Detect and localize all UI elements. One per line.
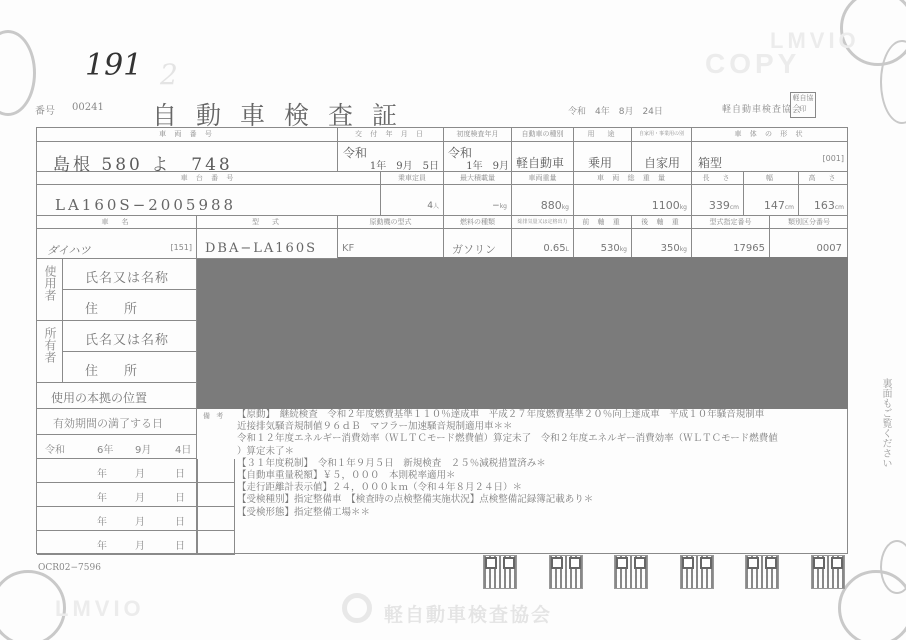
private-business: 自家用: [644, 154, 680, 171]
vehicle-weight-cell: 880kg: [512, 185, 574, 216]
base-location-label-cell: 使用の本拠の位置: [37, 383, 197, 409]
usage-cell: 乗用: [574, 142, 632, 172]
label-gross-weight: 車 両 総 重 量: [574, 172, 692, 185]
notes-label: 備 考: [203, 411, 225, 421]
label-type-approval: 型式指定番号: [692, 216, 770, 229]
length-unit: cm: [730, 204, 739, 211]
displacement-cell: 0.65L: [512, 229, 574, 259]
expiry-day: 4日: [175, 441, 191, 456]
model-cell: DBA−LA160S: [197, 229, 338, 259]
rear-axle: 350kg: [661, 243, 687, 254]
label-height: 高 さ: [799, 172, 848, 185]
expiry-date-row: 年月日: [37, 459, 197, 483]
private-business-cell: 自家用: [632, 142, 692, 172]
issuer-seal: 軽自協印: [790, 92, 816, 118]
expiry-era: 令和: [45, 441, 65, 456]
label-maker: 車 名: [37, 216, 197, 229]
user-label: 使用者: [42, 265, 59, 301]
expiry-label: 有効期間の満了する日: [53, 415, 163, 431]
owner-address-label: 住 所: [85, 360, 137, 379]
label-vehicle-class: 自動車の種別: [512, 128, 574, 142]
length-value: 339: [709, 199, 730, 212]
vehicle-class-cell: 軽自動車: [512, 142, 574, 172]
expiry-date-row: 令和6年9月4日: [37, 435, 197, 459]
type-approval: 17965: [733, 243, 765, 254]
width: 147cm: [764, 199, 794, 212]
maker-code: [151]: [170, 243, 192, 252]
type-approval-cell: 17965: [692, 229, 770, 259]
owner-name-label-cell: 氏名又は名称: [63, 321, 197, 352]
corner-ornament-bottom-right-2: [880, 540, 906, 594]
gross-weight-unit: kg: [680, 204, 687, 211]
note-line: 【受検種別】指定整備車 【検査時の点検整備実施状況】点検整備記録簿記載あり＊: [237, 494, 778, 506]
width-value: 147: [764, 199, 785, 212]
label-vehicle-weight: 車両重量: [512, 172, 574, 185]
fuel-cell: ガソリン: [444, 229, 512, 259]
vehicle-weight-value: 880: [541, 199, 562, 212]
fuel: ガソリン: [452, 241, 496, 257]
maker: ダイハツ: [47, 242, 91, 258]
max-load: −kg: [492, 201, 507, 211]
front-axle-cell: 530kg: [574, 229, 632, 259]
chassis-number-cell: LA160S−2005988: [37, 185, 381, 216]
body-shape: 箱型: [698, 154, 722, 171]
expiry-day: 日: [175, 489, 185, 504]
front-axle-unit: kg: [620, 246, 627, 253]
label-usage: 用 途: [574, 128, 632, 142]
redacted-top-strip: [338, 257, 848, 261]
length-cell: 339cm: [692, 185, 744, 216]
vehicle-class: 軽自動車: [516, 154, 564, 171]
chassis-number: LA160S−2005988: [55, 196, 236, 214]
expiry-year: 6年: [97, 441, 113, 456]
handwritten-faint: 2: [160, 58, 178, 91]
first-registration-cell: 令和 1年 9月: [444, 142, 512, 172]
note-line: ）算定未了＊: [237, 446, 778, 458]
user-section-label: 使用者: [37, 259, 63, 321]
notes-body: 【原動】 継続検査 令和２年度燃費基準１１０％達成車 平成２７年度燃費基準２０％…: [237, 409, 778, 519]
expiry-day: 日: [175, 465, 185, 480]
expiry-label-cell: 有効期間の満了する日: [37, 409, 197, 435]
qr-code-icon: [614, 555, 648, 589]
base-location-label: 使用の本拠の位置: [51, 389, 147, 406]
label-category-number: 類別区分番号: [770, 216, 848, 229]
label-capacity: 乗車定員: [381, 172, 444, 185]
category-number-cell: 0007: [770, 229, 848, 259]
qr-code-icon: [549, 555, 583, 589]
expiry-year: 年: [97, 513, 107, 528]
label-registration-number: 車 両 番 号: [37, 128, 338, 142]
length: 339cm: [709, 199, 739, 212]
first-registration-ym: 1年 9月: [466, 157, 509, 172]
height: 163cm: [814, 199, 844, 212]
owner-address-label-cell: 住 所: [63, 352, 197, 383]
vehicle-weight: 880kg: [541, 199, 569, 212]
user-name-label: 氏名又は名称: [85, 267, 169, 286]
rear-axle-unit: kg: [680, 246, 687, 253]
label-width: 幅: [744, 172, 799, 185]
expiry-year: 年: [97, 465, 107, 480]
usage: 乗用: [588, 154, 612, 171]
note-line: 【自動車重量税額】￥５，０００ 本則税率適用＊: [237, 470, 778, 482]
label-private-business: 自家用・事業用の別: [632, 128, 692, 142]
label-engine-model: 原動機の型式: [338, 216, 444, 229]
engine-model: KF: [342, 243, 354, 254]
note-line: 近接排気騒音規制値９６ｄＢ マフラー加速騒音規制適用車＊＊: [237, 421, 778, 433]
expiry-month: 月: [135, 465, 145, 480]
label-fuel: 燃料の種類: [444, 216, 512, 229]
displacement-unit: L: [566, 246, 569, 253]
gross-weight-value: 1100: [652, 199, 680, 212]
user-address-label: 住 所: [85, 298, 137, 317]
front-axle: 530kg: [601, 243, 627, 254]
expiry-month: 月: [135, 489, 145, 504]
max-load-cell: −kg: [444, 185, 512, 216]
height-value: 163: [814, 199, 835, 212]
label-rear-axle: 後 軸 重: [632, 216, 692, 229]
max-load-unit: kg: [500, 203, 507, 210]
qr-code-icon: [745, 555, 779, 589]
form-code: OCR02−7596: [38, 563, 101, 573]
expiry-date-row: 年月日: [37, 483, 197, 507]
label-length: 長 さ: [692, 172, 744, 185]
height-cell: 163cm: [799, 185, 848, 216]
user-address-label-cell: 住 所: [63, 290, 197, 321]
height-unit: cm: [835, 204, 844, 211]
label-chassis-number: 車 台 番 号: [37, 172, 381, 185]
body-shape-code: [001]: [822, 154, 844, 163]
expiry-date-row: 年月日: [37, 507, 197, 531]
note-line: 令和１２年度エネルギー消費効率（ＷＬＴＣモード燃費値）算定未了 令和２年度エネル…: [237, 433, 778, 445]
label-body-shape: 車 体 の 形 状: [692, 128, 848, 142]
front-axle-value: 530: [601, 243, 620, 254]
issue-date: 令和 4年 8月 24日: [568, 104, 663, 117]
gross-weight: 1100kg: [652, 199, 687, 212]
notes-area: 備 考 【原動】 継続検査 令和２年度燃費基準１１０％達成車 平成２７年度燃費基…: [197, 409, 848, 554]
issue-ymd: 1年 9月 5日: [370, 157, 439, 172]
user-name-label-cell: 氏名又は名称: [63, 259, 197, 290]
qr-code-icon: [483, 555, 517, 589]
displacement-value: 0.65: [543, 243, 565, 254]
label-front-axle: 前 軸 重: [574, 216, 632, 229]
note-line: 【走行距離計表示値】２４，０００ｋｍ（令和４年８月２４日）＊: [237, 482, 778, 494]
registration-number-cell: 島根 580 よ 748: [37, 142, 338, 172]
note-line: 【３１年度税制】 令和１年９月５日 新規検査 ２５％減税措置済み＊: [237, 458, 778, 470]
displacement: 0.65L: [543, 243, 569, 254]
qr-code-icon: [811, 555, 845, 589]
rear-axle-value: 350: [661, 243, 680, 254]
redacted-owner-info: [197, 259, 848, 409]
label-displacement: 総排気量又は定格出力: [512, 216, 574, 229]
expiry-month: 9月: [135, 441, 151, 456]
rear-axle-cell: 350kg: [632, 229, 692, 259]
watermark-bottom: LMVIO: [55, 596, 145, 622]
model: DBA−LA160S: [205, 241, 317, 256]
handwritten-number: 191: [85, 48, 142, 83]
label-max-load: 最大積載量: [444, 172, 512, 185]
expiry-day: 日: [175, 513, 185, 528]
issue-date-cell: 令和 1年 9月 5日: [338, 142, 444, 172]
label-model: 型 式: [197, 216, 338, 229]
category-number: 0007: [817, 243, 842, 254]
footer-logo-icon: [342, 593, 372, 623]
owner-section-label: 所有者: [37, 321, 63, 383]
expiry-year: 年: [97, 537, 107, 552]
watermark-top-2: COPY: [705, 48, 800, 80]
label-first-registration: 初度検査年月: [444, 128, 512, 142]
issue-era: 令和: [343, 144, 367, 161]
owner-label: 所有者: [42, 327, 59, 363]
capacity-unit: 人: [433, 203, 439, 210]
side-note: 裏面もご覧ください: [878, 378, 893, 468]
body-shape-cell: 箱型 [001]: [692, 142, 848, 172]
vehicle-weight-unit: kg: [562, 204, 569, 211]
expiry-year: 年: [97, 489, 107, 504]
label-issue-date: 交 付 年 月 日: [338, 128, 444, 142]
qr-code-icon: [680, 555, 714, 589]
note-line: 【受検形態】指定整備工場＊＊: [237, 507, 778, 519]
footer-logo-text: 軽自動車検査協会: [384, 600, 552, 627]
max-load-value: −: [492, 201, 500, 211]
gross-weight-cell: 1100kg: [574, 185, 692, 216]
expiry-month: 月: [135, 537, 145, 552]
capacity-cell: 4人: [381, 185, 444, 216]
engine-model-cell: KF: [338, 229, 444, 259]
maker-cell: ダイハツ [151]: [37, 229, 197, 259]
owner-name-label: 氏名又は名称: [85, 329, 169, 348]
serial-number: 00241: [72, 102, 104, 113]
expiry-month: 月: [135, 513, 145, 528]
expiry-day: 日: [175, 537, 185, 552]
serial-label: 番号: [35, 102, 55, 117]
note-line: 【原動】 継続検査 令和２年度燃費基準１１０％達成車 平成２７年度燃費基準２０％…: [237, 409, 778, 421]
width-unit: cm: [785, 204, 794, 211]
capacity: 4人: [427, 201, 439, 211]
corner-ornament-top-left: [0, 30, 36, 116]
expiry-date-row: 年月日: [37, 531, 197, 555]
width-cell: 147cm: [744, 185, 799, 216]
